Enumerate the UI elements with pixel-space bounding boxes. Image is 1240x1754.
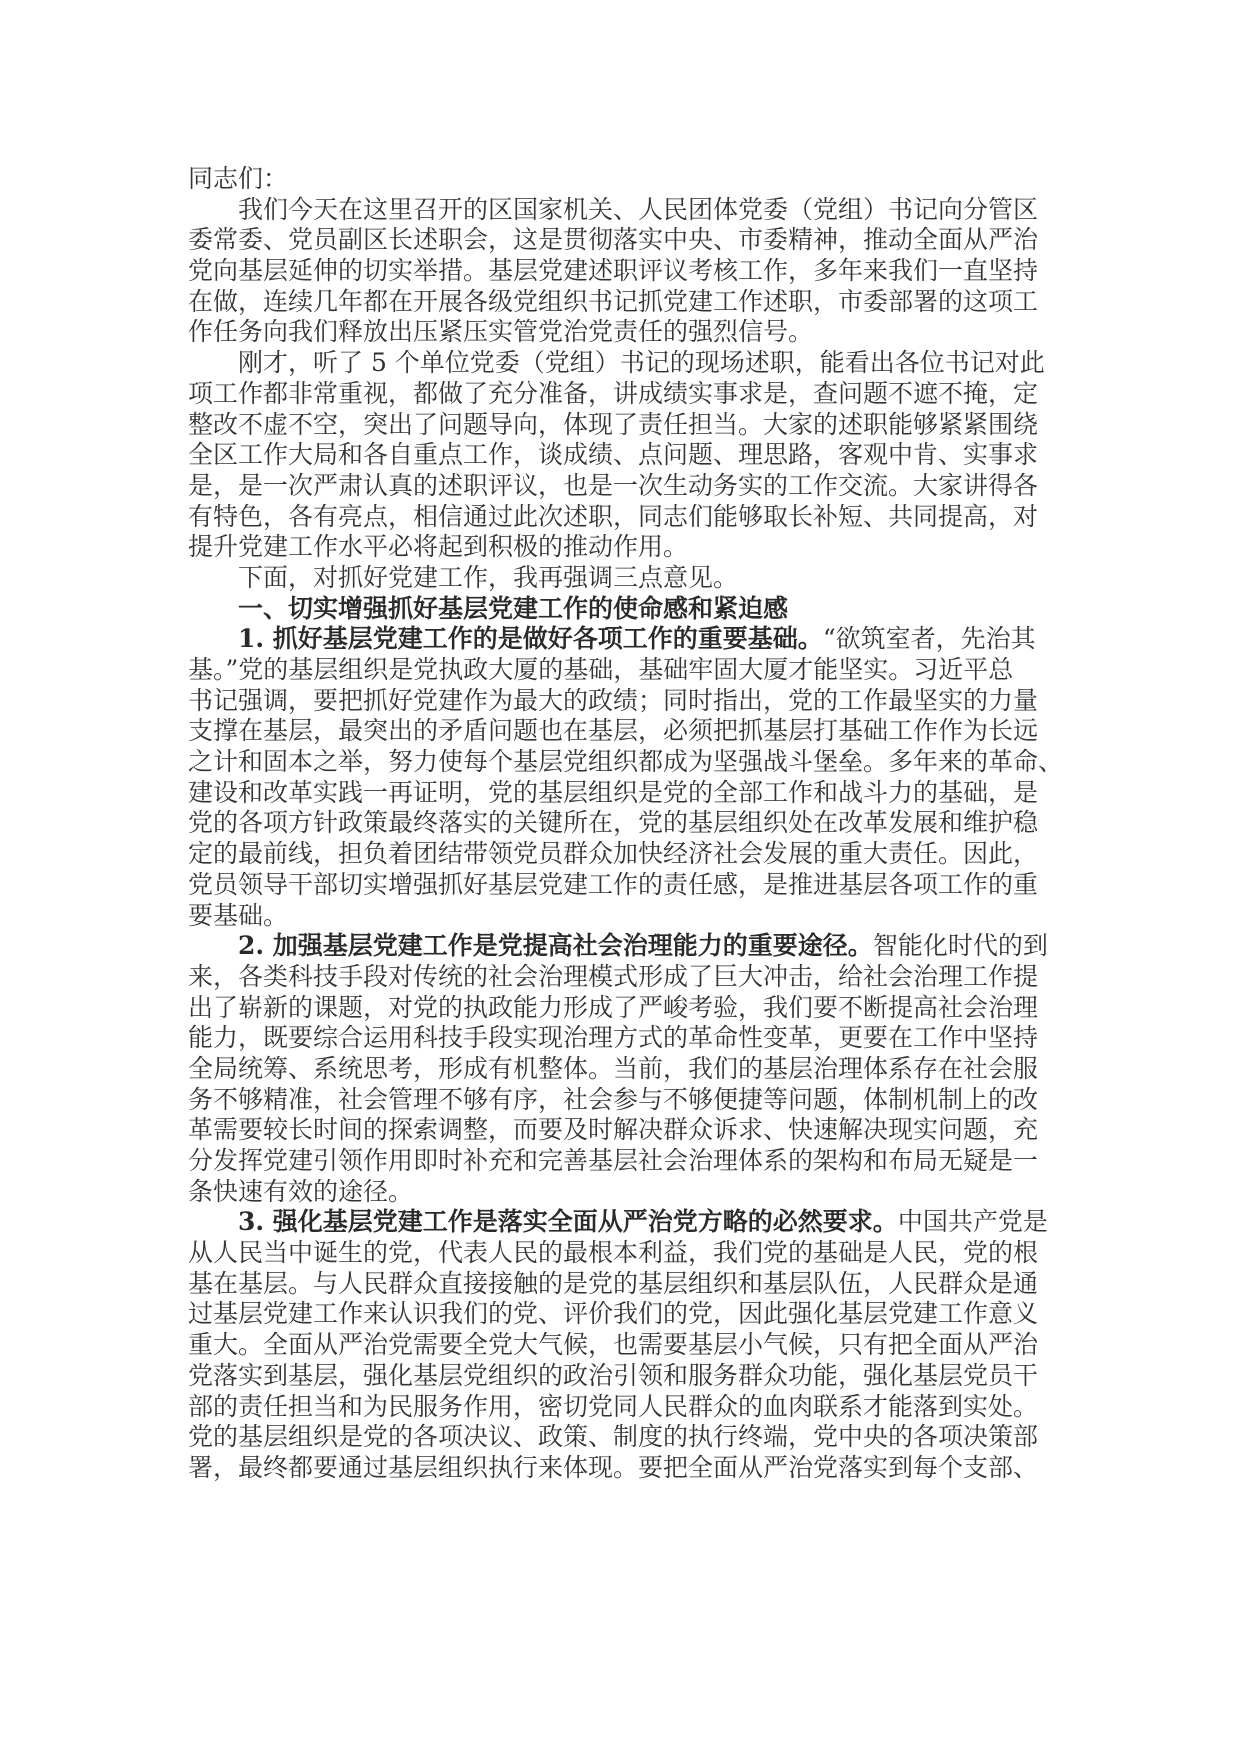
text-line: 之计和固本之举，努力使每个基层党组织都成为坚强战斗堡垒。多年来的革命、 <box>188 747 1058 778</box>
body-text: 全局统筹、系统思考，形成有机整体。当前，我们的基层治理体系存在社会服 <box>188 1054 1038 1083</box>
text-line: 来，各类科技手段对传统的社会治理模式形成了巨大冲击，给社会治理工作提 <box>188 962 1058 993</box>
text-line: 整改不虚不空，突出了问题导向，体现了责任担当。大家的述职能够紧紧围绕 <box>188 410 1058 441</box>
body-text: 我们今天在这里召开的区国家机关、人民团体党委（党组）书记向分管区 <box>238 195 1038 224</box>
body-text: 项工作都非常重视，都做了充分准备，讲成绩实事求是，查问题不遮不掩，定 <box>188 379 1038 408</box>
body-text: 支撑在基层，最突出的矛盾问题也在基层，必须把抓基层打基础工作作为长远 <box>188 716 1038 745</box>
bold-lead-text: 2. 加强基层党建工作是党提高社会治理能力的重要途径。 <box>238 931 873 960</box>
body-text: 重大。全面从严治党需要全党大气候，也需要基层小气候，只有把全面从严治 <box>188 1330 1038 1359</box>
text-line: 定的最前线，担负着团结带领党员群众加快经济社会发展的重大责任。因此， <box>188 839 1058 870</box>
text-line: 署，最终都要通过基层组织执行来体现。要把全面从严治党落实到每个支部、 <box>188 1453 1058 1484</box>
body-text: 党的各项方针政策最终落实的关键所在，党的基层组织处在改革发展和维护稳 <box>188 808 1038 837</box>
text-line: 全局统筹、系统思考，形成有机整体。当前，我们的基层治理体系存在社会服 <box>188 1054 1058 1085</box>
text-line: 分发挥党建引领作用即时补充和完善基层社会治理体系的架构和布局无疑是一 <box>188 1146 1058 1177</box>
body-text: 条快速有效的途径。 <box>188 1177 413 1206</box>
text-line: 党的基层组织是党的各项决议、政策、制度的执行终端，党中央的各项决策部 <box>188 1422 1058 1453</box>
body-text: 智能化时代的到 <box>873 931 1048 960</box>
text-line: 从人民当中诞生的党，代表人民的最根本利益，我们党的基础是人民，党的根 <box>188 1238 1058 1269</box>
text-line: 作任务向我们释放出压紧压实管党治党责任的强烈信号。 <box>188 317 1058 348</box>
body-text: 党落实到基层，强化基层党组织的政治引领和服务群众功能，强化基层党员干 <box>188 1361 1038 1390</box>
text-line: 基。”党的基层组织是党执政大厦的基础，基础牢固大厦才能坚实。习近平总 <box>188 655 1058 686</box>
text-line: 基在基层。与人民群众直接接触的是党的基层组织和基层队伍，人民群众是通 <box>188 1269 1058 1300</box>
body-text: 提升党建工作水平必将起到积极的推动作用。 <box>188 532 688 561</box>
text-line: 党落实到基层，强化基层党组织的政治引领和服务群众功能，强化基层党员干 <box>188 1361 1058 1392</box>
body-text: 能力，既要综合运用科技手段实现治理方式的革命性变革，更要在工作中坚持 <box>188 1023 1038 1052</box>
body-text: 整改不虚不空，突出了问题导向，体现了责任担当。大家的述职能够紧紧围绕 <box>188 410 1038 439</box>
body-text: 刚才，听了 5 个单位党委（党组）书记的现场述职，能看出各位书记对此 <box>238 348 1045 377</box>
text-line: 建设和改革实践一再证明，党的基层组织是党的全部工作和战斗力的基础，是 <box>188 778 1058 809</box>
text-line: 我们今天在这里召开的区国家机关、人民团体党委（党组）书记向分管区 <box>188 195 1058 226</box>
text-line: 3. 强化基层党建工作是落实全面从严治党方略的必然要求。中国共产党是 <box>188 1207 1058 1238</box>
body-text: 书记强调，要把抓好党建作为最大的政绩；同时指出，党的工作最坚实的力量 <box>188 686 1038 715</box>
bold-lead-text: 一、切实增强抓好基层党建工作的使命感和紧迫感 <box>238 594 788 623</box>
text-line: 要基础。 <box>188 901 1058 932</box>
text-line: 出了崭新的课题，对党的执政能力形成了严峻考验，我们要不断提高社会治理 <box>188 993 1058 1024</box>
text-line: 是，是一次严肃认真的述职评议，也是一次生动务实的工作交流。大家讲得各 <box>188 471 1058 502</box>
body-text: 基。”党的基层组织是党执政大厦的基础，基础牢固大厦才能坚实。习近平总 <box>188 655 1013 684</box>
bold-lead-text: 1. 抓好基层党建工作的是做好各项工作的重要基础。 <box>238 624 823 653</box>
body-text: 是，是一次严肃认真的述职评议，也是一次生动务实的工作交流。大家讲得各 <box>188 471 1038 500</box>
body-text: 出了崭新的课题，对党的执政能力形成了严峻考验，我们要不断提高社会治理 <box>188 993 1038 1022</box>
text-line: 过基层党建工作来认识我们的党、评价我们的党，因此强化基层党建工作意义 <box>188 1299 1058 1330</box>
text-line: 有特色，各有亮点，相信通过此次述职，同志们能够取长补短、共同提高，对 <box>188 502 1058 533</box>
text-line: 委常委、党员副区长述职会，这是贯彻落实中央、市委精神，推动全面从严治 <box>188 225 1058 256</box>
text-line: 刚才，听了 5 个单位党委（党组）书记的现场述职，能看出各位书记对此 <box>188 348 1058 379</box>
body-text: 之计和固本之举，努力使每个基层党组织都成为坚强战斗堡垒。多年来的革命、 <box>188 747 1063 776</box>
body-text: 委常委、党员副区长述职会，这是贯彻落实中央、市委精神，推动全面从严治 <box>188 225 1038 254</box>
body-text: “欲筑室者，先治其 <box>823 624 1036 653</box>
bold-lead-text: 3. 强化基层党建工作是落实全面从严治党方略的必然要求。 <box>238 1207 898 1236</box>
body-text: 全区工作大局和各自重点工作，谈成绩、点问题、理思路，客观中肯、实事求 <box>188 440 1038 469</box>
document-page: 同志们：我们今天在这里召开的区国家机关、人民团体党委（党组）书记向分管区委常委、… <box>188 164 1058 1484</box>
body-text: 中国共产党是 <box>898 1207 1048 1236</box>
body-text: 务不够精准，社会管理不够有序，社会参与不够便捷等问题，体制机制上的改 <box>188 1085 1038 1114</box>
body-text: 部的责任担当和为民服务作用，密切党同人民群众的血肉联系才能落到实处。 <box>188 1392 1038 1421</box>
text-line: 重大。全面从严治党需要全党大气候，也需要基层小气候，只有把全面从严治 <box>188 1330 1058 1361</box>
text-line: 党的各项方针政策最终落实的关键所在，党的基层组织处在改革发展和维护稳 <box>188 808 1058 839</box>
text-line: 1. 抓好基层党建工作的是做好各项工作的重要基础。“欲筑室者，先治其 <box>188 624 1058 655</box>
salutation: 同志们： <box>188 164 1058 195</box>
body-text: 建设和改革实践一再证明，党的基层组织是党的全部工作和战斗力的基础，是 <box>188 778 1038 807</box>
text-line: 在做，连续几年都在开展各级党组织书记抓党建工作述职，市委部署的这项工 <box>188 287 1058 318</box>
body-text: 来，各类科技手段对传统的社会治理模式形成了巨大冲击，给社会治理工作提 <box>188 962 1038 991</box>
text-line: 能力，既要综合运用科技手段实现治理方式的革命性变革，更要在工作中坚持 <box>188 1023 1058 1054</box>
body-text: 在做，连续几年都在开展各级党组织书记抓党建工作述职，市委部署的这项工 <box>188 287 1038 316</box>
text-line: 提升党建工作水平必将起到积极的推动作用。 <box>188 532 1058 563</box>
body-text: 分发挥党建引领作用即时补充和完善基层社会治理体系的架构和布局无疑是一 <box>188 1146 1038 1175</box>
text-line: 部的责任担当和为民服务作用，密切党同人民群众的血肉联系才能落到实处。 <box>188 1392 1058 1423</box>
text-line: 党向基层延伸的切实举措。基层党建述职评议考核工作，多年来我们一直坚持 <box>188 256 1058 287</box>
body-text: 作任务向我们释放出压紧压实管党治党责任的强烈信号。 <box>188 317 813 346</box>
text-line: 2. 加强基层党建工作是党提高社会治理能力的重要途径。智能化时代的到 <box>188 931 1058 962</box>
text-line: 下面，对抓好党建工作，我再强调三点意见。 <box>188 563 1058 594</box>
body-text: 要基础。 <box>188 901 288 930</box>
text-line: 党员领导干部切实增强抓好基层党建工作的责任感，是推进基层各项工作的重 <box>188 870 1058 901</box>
body-text: 党向基层延伸的切实举措。基层党建述职评议考核工作，多年来我们一直坚持 <box>188 256 1038 285</box>
text-line: 书记强调，要把抓好党建作为最大的政绩；同时指出，党的工作最坚实的力量 <box>188 686 1058 717</box>
body-text: 革需要较长时间的探索调整，而要及时解决群众诉求、快速解决现实问题，充 <box>188 1115 1038 1144</box>
text-line: 条快速有效的途径。 <box>188 1177 1058 1208</box>
text-line: 革需要较长时间的探索调整，而要及时解决群众诉求、快速解决现实问题，充 <box>188 1115 1058 1146</box>
body-text: 过基层党建工作来认识我们的党、评价我们的党，因此强化基层党建工作意义 <box>188 1299 1038 1328</box>
section-heading: 一、切实增强抓好基层党建工作的使命感和紧迫感 <box>188 594 1058 625</box>
body-text: 同志们： <box>188 164 288 193</box>
text-line: 全区工作大局和各自重点工作，谈成绩、点问题、理思路，客观中肯、实事求 <box>188 440 1058 471</box>
text-line: 务不够精准，社会管理不够有序，社会参与不够便捷等问题，体制机制上的改 <box>188 1085 1058 1116</box>
body-text: 署，最终都要通过基层组织执行来体现。要把全面从严治党落实到每个支部、 <box>188 1453 1038 1482</box>
body-text: 从人民当中诞生的党，代表人民的最根本利益，我们党的基础是人民，党的根 <box>188 1238 1038 1267</box>
body-text: 定的最前线，担负着团结带领党员群众加快经济社会发展的重大责任。因此， <box>188 839 1038 868</box>
text-line: 支撑在基层，最突出的矛盾问题也在基层，必须把抓基层打基础工作作为长远 <box>188 716 1058 747</box>
body-text: 有特色，各有亮点，相信通过此次述职，同志们能够取长补短、共同提高，对 <box>188 502 1038 531</box>
body-text: 基在基层。与人民群众直接接触的是党的基层组织和基层队伍，人民群众是通 <box>188 1269 1038 1298</box>
body-text: 党的基层组织是党的各项决议、政策、制度的执行终端，党中央的各项决策部 <box>188 1422 1038 1451</box>
body-text: 下面，对抓好党建工作，我再强调三点意见。 <box>238 563 738 592</box>
body-text: 党员领导干部切实增强抓好基层党建工作的责任感，是推进基层各项工作的重 <box>188 870 1038 899</box>
text-line: 项工作都非常重视，都做了充分准备，讲成绩实事求是，查问题不遮不掩，定 <box>188 379 1058 410</box>
